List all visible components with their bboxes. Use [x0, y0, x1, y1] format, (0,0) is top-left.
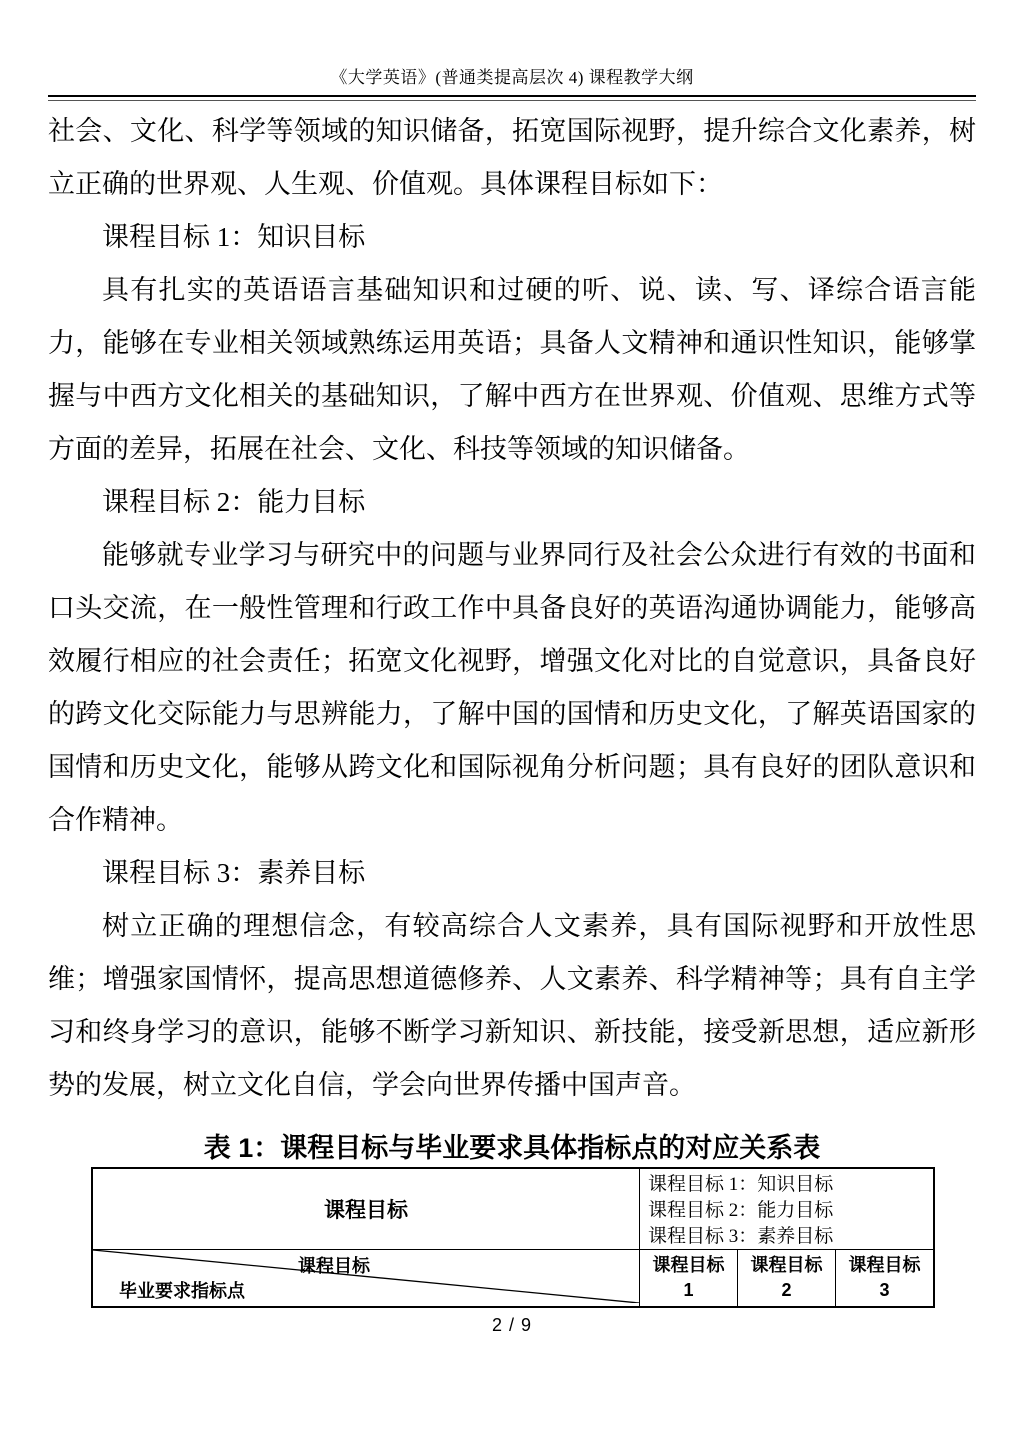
body-paragraph: 社会、文化、科学等领域的知识储备，拓宽国际视野，提升综合文化素养，树立正确的世界… — [48, 105, 976, 211]
footer-page-number: 2 / 9 — [0, 1315, 1024, 1336]
goal-column-number: 2 — [738, 1278, 835, 1303]
course-goal-line: 课程目标 1：知识目标 — [648, 1172, 933, 1198]
course-goal-line: 课程目标 2：能力目标 — [648, 1198, 933, 1224]
header-rule-thin — [48, 100, 976, 101]
body-paragraph: 具有扎实的英语语言基础知识和过硬的听、说、读、写、译综合语言能力，能够在专业相关… — [48, 264, 976, 476]
goal-column-header-3: 课程目标 3 — [836, 1250, 933, 1306]
table-title: 表 1：课程目标与毕业要求具体指标点的对应关系表 — [0, 1126, 1024, 1165]
body-text-block: 社会、文化、科学等领域的知识储备，拓宽国际视野，提升综合文化素养，树立正确的世界… — [48, 105, 976, 1112]
table-row: 课程目标 毕业要求指标点 课程目标 1 课程目标 2 课程目标 3 — [93, 1249, 933, 1306]
body-paragraph-goal2-heading: 课程目标 2：能力目标 — [48, 476, 976, 529]
diagonal-header-cell: 课程目标 毕业要求指标点 — [93, 1250, 640, 1306]
goal-column-header-1: 课程目标 1 — [640, 1250, 738, 1306]
page-header-title: 《大学英语》(普通类提高层次 4) 课程教学大纲 — [0, 67, 1024, 89]
course-goals-table: 课程目标 课程目标 1：知识目标 课程目标 2：能力目标 课程目标 3：素养目标… — [91, 1167, 935, 1308]
goal-column-header-2: 课程目标 2 — [738, 1250, 836, 1306]
body-paragraph: 树立正确的理想信念，有较高综合人文素养，具有国际视野和开放性思维；增强家国情怀，… — [48, 900, 976, 1112]
diagonal-top-label: 课程目标 — [298, 1252, 370, 1278]
goal-column-label: 课程目标 — [640, 1253, 737, 1278]
goal-column-number: 1 — [640, 1278, 737, 1303]
table-header-left-cell: 课程目标 — [93, 1169, 640, 1249]
goal-column-number: 3 — [836, 1278, 933, 1303]
goal-column-label: 课程目标 — [836, 1253, 933, 1278]
document-page: 《大学英语》(普通类提高层次 4) 课程教学大纲 社会、文化、科学等领域的知识储… — [0, 0, 1024, 1447]
diagonal-bottom-label: 毕业要求指标点 — [119, 1277, 245, 1303]
goal-column-label: 课程目标 — [738, 1253, 835, 1278]
body-paragraph-goal1-heading: 课程目标 1：知识目标 — [48, 211, 976, 264]
body-paragraph-goal3-heading: 课程目标 3：素养目标 — [48, 847, 976, 900]
table-goal-list-cell: 课程目标 1：知识目标 课程目标 2：能力目标 课程目标 3：素养目标 — [640, 1169, 933, 1249]
body-paragraph: 能够就专业学习与研究中的问题与业界同行及社会公众进行有效的书面和口头交流，在一般… — [48, 529, 976, 847]
header-rule-thick — [48, 95, 976, 97]
course-goal-line: 课程目标 3：素养目标 — [648, 1224, 933, 1250]
table-row: 课程目标 课程目标 1：知识目标 课程目标 2：能力目标 课程目标 3：素养目标 — [93, 1169, 933, 1249]
